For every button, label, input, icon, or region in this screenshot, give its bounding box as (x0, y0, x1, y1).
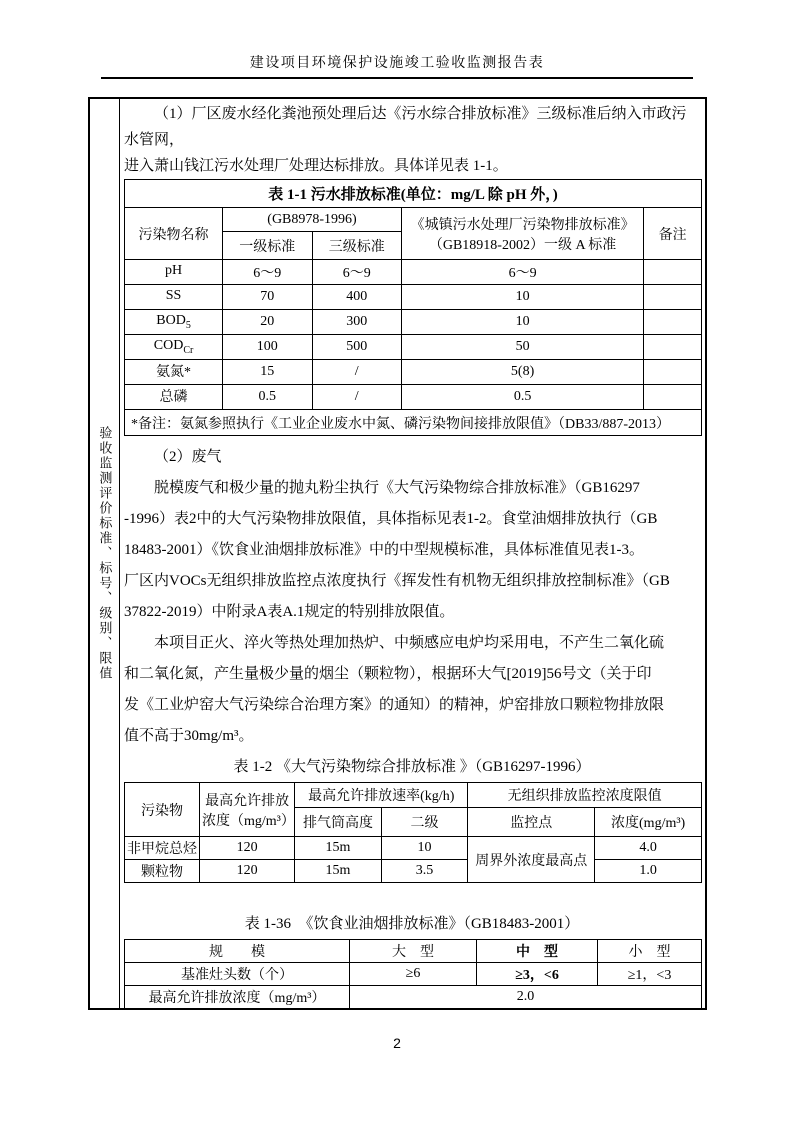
cell-level1: 6～9 (223, 260, 312, 285)
cell-remark (644, 335, 702, 360)
cell-fugitive-concentration: 1.0 (595, 860, 702, 883)
header-level3: 三级标准 (312, 232, 401, 260)
cell-stove-count-label: 基准灶头数（个） (125, 963, 350, 986)
cell-remark (644, 385, 702, 410)
header-small: 小 型 (598, 940, 702, 963)
cell-town: 6～9 (401, 260, 643, 285)
table-row: 表 1-1 污水排放标准(单位：mg/L 除 pH 外，) (125, 180, 702, 208)
header-town-standard-line1: 《城镇污水处理厂污染物排放标准》 (404, 214, 641, 234)
header-concentration: 浓度(mg/m³) (595, 808, 702, 837)
cell-max-conc-value: 2.0 (350, 986, 702, 1009)
table-row: 污染物名称 (GB8978-1996) 《城镇污水处理厂污染物排放标准》 （GB… (125, 208, 702, 232)
header-level1: 一级标准 (223, 232, 312, 260)
cell-level3: / (312, 360, 401, 385)
paragraph-gas-line5: 37822-2019）中附录A表A.1规定的特别排放限值。 (124, 597, 700, 628)
table-1-2-air-emission-standards: 污染物 最高允许排放浓度（mg/m³） 最高允许排放速率(kg/h) 无组织排放… (124, 782, 702, 883)
cell-level3: 500 (312, 335, 401, 360)
table-row: 最高允许排放浓度（mg/m³） 2.0 (125, 986, 702, 1009)
header-town-standard-line2: （GB18918-2002）一级 A 标准 (404, 234, 641, 254)
report-frame: 验收监测评价标准、标号、级别、限值 （1）厂区废水经化粪池预处理后达《污水综合排… (88, 97, 707, 1010)
table-1-1-caption: 表 1-1 污水排放标准(单位：mg/L 除 pH 外，) (125, 180, 702, 208)
header-level2: 二级 (381, 808, 468, 837)
cell-monitor-point: 周界外浓度最高点 (468, 837, 595, 883)
cell-town: 10 (401, 310, 643, 335)
cell-town: 10 (401, 285, 643, 310)
header-scale: 规 模 (125, 940, 350, 963)
cell-max-conc-label: 最高允许排放浓度（mg/m³） (125, 986, 350, 1009)
header-medium: 中 型 (476, 940, 597, 963)
table-row: *备注：氨氮参照执行《工业企业废水中氮、磷污染物间接排放限值》（DB33/887… (125, 410, 702, 436)
header-max-concentration: 最高允许排放浓度（mg/m³） (200, 783, 295, 837)
paragraph-gas-line4: 厂区内VOCs无组织排放监控点浓度执行《挥发性有机物无组织排放控制标准》（GB (124, 566, 700, 597)
cell-pollutant: 颗粒物 (125, 860, 200, 883)
paragraph-gas-line2: -1996）表2中的大气污染物排放限值，具体指标见表1-2。食堂油烟排放执行（G… (124, 504, 700, 535)
table-row: BOD5 20 300 10 (125, 310, 702, 335)
paragraph-waste-gas-heading: （2）废气 (124, 442, 700, 473)
cell-stack-height: 15m (295, 837, 382, 860)
paragraph-furnace-line1: 本项目正火、淬火等热处理加热炉、中频感应电炉均采用电，不产生二氧化硫 (124, 628, 700, 659)
header-fugitive-limit: 无组织排放监控浓度限值 (468, 783, 702, 808)
page-number: 2 (0, 1035, 794, 1051)
header-pollutant: 污染物 (125, 783, 200, 837)
table-row: CODCr 100 500 50 (125, 335, 702, 360)
paragraph-gas-line1: 脱模废气和极少量的抛丸粉尘执行《大气污染物综合排放标准》（GB16297 (124, 473, 700, 504)
cell-max-concentration: 120 (200, 837, 295, 860)
table-row: 非甲烷总烃 120 15m 10 周界外浓度最高点 4.0 (125, 837, 702, 860)
cell-level3: 400 (312, 285, 401, 310)
table-1-2-title: 表 1-2 《大气污染物综合排放标准 》（GB16297-1996） (124, 752, 700, 782)
table-row: SS 70 400 10 (125, 285, 702, 310)
page-header-title: 建设项目环境保护设施竣工验收监测报告表 (0, 0, 794, 72)
header-large: 大 型 (350, 940, 477, 963)
paragraph-furnace-line3: 发《工业炉窑大气污染综合治理方案》的通知）的精神，炉窑排放口颗粒物排放限 (124, 690, 700, 721)
document-page: 建设项目环境保护设施竣工验收监测报告表 验收监测评价标准、标号、级别、限值 （1… (0, 0, 794, 1123)
section-content: （1）厂区废水经化粪池预处理后达《污水综合排放标准》三级标准后纳入市政污水管网，… (120, 99, 705, 1008)
table-row: 基准灶头数（个） ≥6 ≥3，<6 ≥1，<3 (125, 963, 702, 986)
paragraph-furnace-line2: 和二氧化氮，产生量极少量的烟尘（颗粒物），根据环大气[2019]56号文（关于印 (124, 659, 700, 690)
cell-fugitive-concentration: 4.0 (595, 837, 702, 860)
table-row: pH 6～9 6～9 6～9 (125, 260, 702, 285)
paragraph-wastewater-line1: （1）厂区废水经化粪池预处理后达《污水综合排放标准》三级标准后纳入市政污水管网， (124, 101, 700, 153)
header-stack-height: 排气筒高度 (295, 808, 382, 837)
cell-level1: 70 (223, 285, 312, 310)
cell-level3: 300 (312, 310, 401, 335)
header-gb8978: (GB8978-1996) (223, 208, 402, 232)
cell-pollutant: 非甲烷总烃 (125, 837, 200, 860)
cell-remark (644, 285, 702, 310)
cell-stove-count-large: ≥6 (350, 963, 477, 986)
cell-pollutant: BOD5 (125, 310, 223, 335)
cell-pollutant: CODCr (125, 335, 223, 360)
header-remark: 备注 (644, 208, 702, 260)
cell-max-concentration: 120 (200, 860, 295, 883)
cell-level1: 15 (223, 360, 312, 385)
cell-pollutant: 总磷 (125, 385, 223, 410)
table-row: 氨氮* 15 / 5(8) (125, 360, 702, 385)
cell-pollutant: 氨氮* (125, 360, 223, 385)
section-label-column: 验收监测评价标准、标号、级别、限值 (90, 99, 120, 1008)
table-row: 污染物 最高允许排放浓度（mg/m³） 最高允许排放速率(kg/h) 无组织排放… (125, 783, 702, 808)
cell-level3: / (312, 385, 401, 410)
cell-town: 50 (401, 335, 643, 360)
section-label: 验收监测评价标准、标号、级别、限值 (98, 426, 112, 681)
header-max-rate: 最高允许排放速率(kg/h) (295, 783, 468, 808)
paragraph-gas-line3: 18483-2001）《饮食业油烟排放标准》中的中型规模标准，具体标准值见表1-… (124, 535, 700, 566)
paragraph-furnace-line4: 值不高于30mg/m³。 (124, 721, 700, 752)
cell-level1: 20 (223, 310, 312, 335)
cell-remark (644, 360, 702, 385)
header-pollutant-name: 污染物名称 (125, 208, 223, 260)
cell-rate: 3.5 (381, 860, 468, 883)
table-1-1-footnote: *备注：氨氮参照执行《工业企业废水中氮、磷污染物间接排放限值》（DB33/887… (125, 410, 702, 436)
cell-remark (644, 260, 702, 285)
cell-town: 5(8) (401, 360, 643, 385)
header-town-standard: 《城镇污水处理厂污染物排放标准》 （GB18918-2002）一级 A 标准 (401, 208, 643, 260)
cell-remark (644, 310, 702, 335)
table-row: 颗粒物 120 15m 3.5 1.0 (125, 860, 702, 883)
paragraph-wastewater-line2: 进入萧山钱江污水处理厂处理达标排放。具体详见表 1-1。 (124, 153, 700, 179)
cell-town: 0.5 (401, 385, 643, 410)
table-1-36-title: 表 1-36 《饮食业油烟排放标准》（GB18483-2001） (124, 909, 700, 939)
table-row: 总磷 0.5 / 0.5 (125, 385, 702, 410)
cell-level3: 6～9 (312, 260, 401, 285)
cell-stove-count-small: ≥1，<3 (598, 963, 702, 986)
cell-stove-count-medium: ≥3，<6 (476, 963, 597, 986)
header-monitor-point: 监控点 (468, 808, 595, 837)
table-1-36-cooking-fume-standards: 规 模 大 型 中 型 小 型 基准灶头数（个） ≥6 ≥3，<6 ≥1，<3 … (124, 939, 702, 1008)
cell-level1: 0.5 (223, 385, 312, 410)
cell-stack-height: 15m (295, 860, 382, 883)
cell-level1: 100 (223, 335, 312, 360)
cell-pollutant: SS (125, 285, 223, 310)
table-row: 规 模 大 型 中 型 小 型 (125, 940, 702, 963)
table-1-1-wastewater-standards: 表 1-1 污水排放标准(单位：mg/L 除 pH 外，) 污染物名称 (GB8… (124, 179, 702, 436)
header-rule (101, 77, 693, 79)
cell-rate: 10 (381, 837, 468, 860)
cell-pollutant: pH (125, 260, 223, 285)
